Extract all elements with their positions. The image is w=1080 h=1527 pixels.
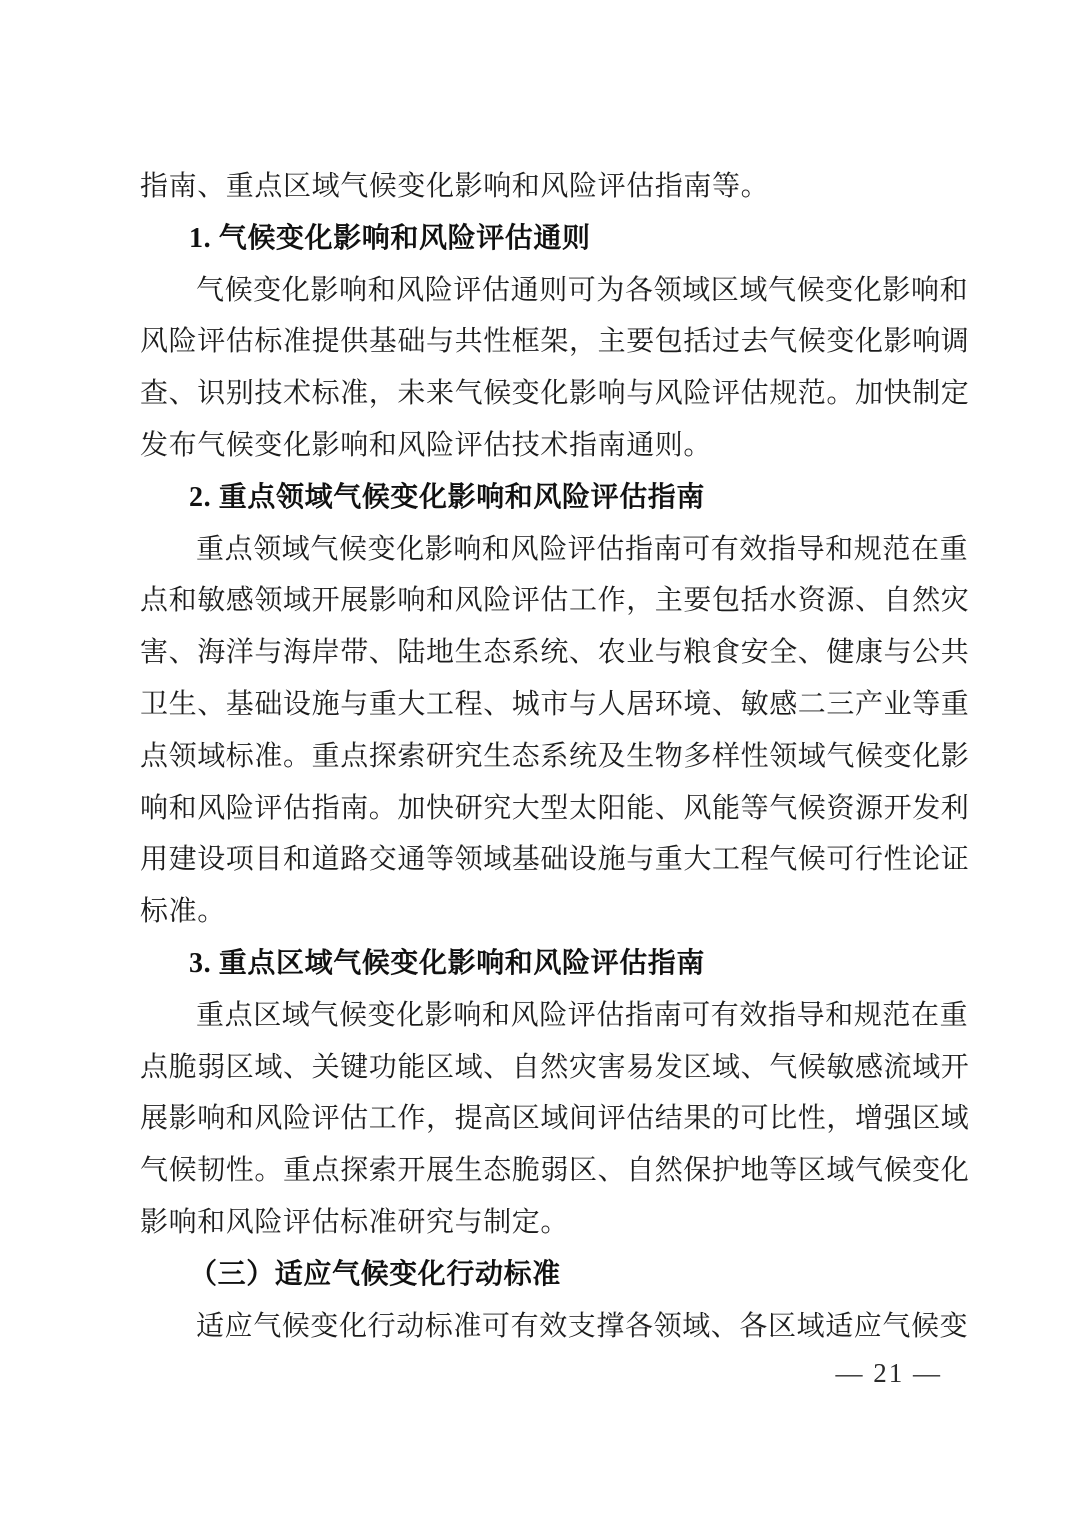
body-text-line: 标准。 bbox=[140, 886, 940, 938]
document-body: 指南、重点区域气候变化影响和风险评估指南等。1. 气候变化影响和风险评估通则气候… bbox=[140, 161, 940, 1352]
body-text-line: 点和敏感领域开展影响和风险评估工作，主要包括水资源、自然灾 bbox=[140, 575, 940, 627]
section-heading: 1. 气候变化影响和风险评估通则 bbox=[140, 213, 940, 265]
body-text-line: 点领域标准。重点探索研究生态系统及生物多样性领域气候变化影 bbox=[140, 731, 940, 783]
body-text-line: 响和风险评估指南。加快研究大型太阳能、风能等气候资源开发利 bbox=[140, 783, 940, 835]
body-text-line: 适应气候变化行动标准可有效支撑各领域、各区域适应气候变 bbox=[140, 1301, 940, 1353]
body-text-line: 卫生、基础设施与重大工程、城市与人居环境、敏感二三产业等重 bbox=[140, 679, 940, 731]
page-number: — 21 — bbox=[836, 1352, 943, 1394]
document-page: 指南、重点区域气候变化影响和风险评估指南等。1. 气候变化影响和风险评估通则气候… bbox=[0, 0, 1080, 1527]
section-heading: 3. 重点区域气候变化影响和风险评估指南 bbox=[140, 938, 940, 990]
section-heading: 2. 重点领域气候变化影响和风险评估指南 bbox=[140, 472, 940, 524]
body-text-line: 气候变化影响和风险评估通则可为各领域区域气候变化影响和 bbox=[140, 265, 940, 317]
body-text-line: 指南、重点区域气候变化影响和风险评估指南等。 bbox=[140, 161, 940, 213]
section-heading: （三）适应气候变化行动标准 bbox=[140, 1249, 940, 1301]
body-text-line: 用建设项目和道路交通等领域基础设施与重大工程气候可行性论证 bbox=[140, 834, 940, 886]
body-text-line: 气候韧性。重点探索开展生态脆弱区、自然保护地等区域气候变化 bbox=[140, 1145, 940, 1197]
body-text-line: 风险评估标准提供基础与共性框架，主要包括过去气候变化影响调 bbox=[140, 316, 940, 368]
body-text-line: 重点区域气候变化影响和风险评估指南可有效指导和规范在重 bbox=[140, 990, 940, 1042]
body-text-line: 害、海洋与海岸带、陆地生态系统、农业与粮食安全、健康与公共 bbox=[140, 627, 940, 679]
body-text-line: 点脆弱区域、关键功能区域、自然灾害易发区域、气候敏感流域开 bbox=[140, 1042, 940, 1094]
body-text-line: 查、识别技术标准，未来气候变化影响与风险评估规范。加快制定 bbox=[140, 368, 940, 420]
body-text-line: 发布气候变化影响和风险评估技术指南通则。 bbox=[140, 420, 940, 472]
body-text-line: 重点领域气候变化影响和风险评估指南可有效指导和规范在重 bbox=[140, 524, 940, 576]
body-text-line: 影响和风险评估标准研究与制定。 bbox=[140, 1197, 940, 1249]
body-text-line: 展影响和风险评估工作，提高区域间评估结果的可比性，增强区域 bbox=[140, 1093, 940, 1145]
